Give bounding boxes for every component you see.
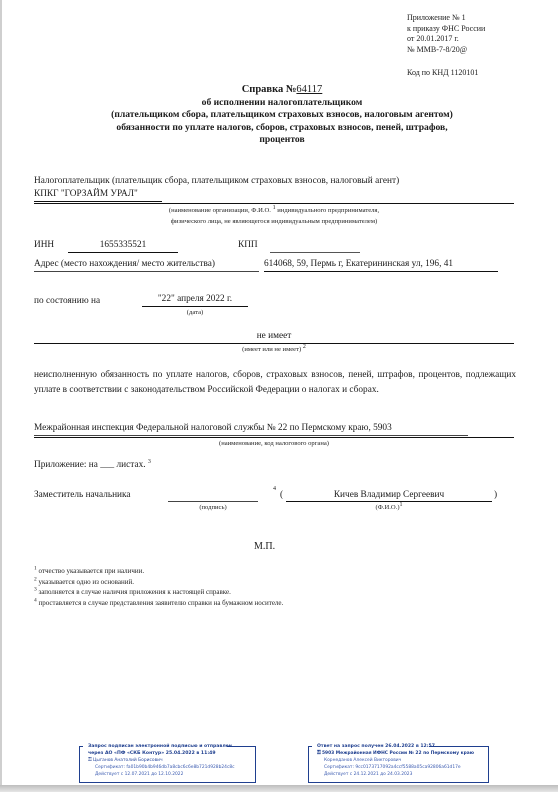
status-hint: (имеет или не имеет) 2 <box>34 346 514 353</box>
stamp-validity: Действует с 12.07.2021 до 12.10.2022 <box>88 771 251 778</box>
stamp-border <box>227 746 256 747</box>
footnotes: 1 отчество указывается при наличии. 2 ук… <box>34 566 283 608</box>
footnote-number: 4 <box>34 597 37 603</box>
footnote-item: 2 указывается одно из оснований. <box>34 577 283 588</box>
close-paren: ) <box>494 490 497 500</box>
authority-name-underline <box>34 435 468 436</box>
appendix-line: к приказу ФНС России <box>407 24 485 35</box>
inn-value: 1655335521 <box>68 240 178 250</box>
signatory-name: Кичев Владимир Сергеевич <box>286 490 492 500</box>
document-title: Справка №64117 об исполнении налогоплате… <box>42 84 522 147</box>
footnote-ref: 2 <box>303 344 306 350</box>
authority-hint: (наименование, код налогового органа) <box>34 440 514 447</box>
stamp-heading: через АО «ПФ «СКБ Контур» 25.04.2022 в 1… <box>88 750 251 757</box>
open-paren: ( <box>280 490 283 500</box>
hint-text: (имеет или не имеет) <box>242 346 301 353</box>
footnote-text: заполняется в случае наличия приложения … <box>39 588 231 596</box>
title-line: обязанности по уплате налогов, сборов, с… <box>42 122 522 135</box>
title-line: (плательщиком сбора, плательщиком страхо… <box>42 109 522 122</box>
as-of-hint: (дата) <box>142 309 248 316</box>
kpp-underline <box>270 252 360 253</box>
appendix-line: от 20.01.2017 г. <box>407 34 485 45</box>
stamp-certificate: Сертификат: 9cc0173717092a4ccf5588a05ca9… <box>317 764 484 771</box>
status-underline <box>34 343 514 344</box>
footnote-ref: 4 <box>273 486 276 492</box>
signature-line <box>168 501 258 502</box>
attachment-suffix: листах. <box>117 460 146 470</box>
address-value: 614068, 59, Пермь г, Екатерининская ул, … <box>264 259 453 269</box>
footnote-text: указывается одно из оснований. <box>39 578 134 586</box>
taxpayer-label: Налогоплательщик (плательщик сбора, плат… <box>34 176 399 186</box>
footnote-item: 1 отчество указывается при наличии. <box>34 566 283 577</box>
as-of-label: по состоянию на <box>34 296 100 306</box>
address-label: Адрес (место нахождения/ место жительств… <box>34 259 215 269</box>
obligation-status: не имеет <box>34 331 514 341</box>
signer-name: Цыганов Анатолий Борисович <box>93 758 163 763</box>
signatory-name-hint: (Ф.И.О.)1 <box>286 504 492 511</box>
stamp-signer: Корнеданов Алексей Викторович <box>317 757 484 764</box>
attachment-line: Приложение: на ___ листах. 3 <box>34 460 151 470</box>
e-signature-stamp-request: Запрос подписан электронной подписью и о… <box>79 746 256 783</box>
taxpayer-hint-2: физического лица, не являющегося индивид… <box>34 218 514 225</box>
hint-text: (Ф.И.О.) <box>375 504 399 511</box>
taxpayer-name-underline <box>34 201 162 202</box>
title-line: об исполнении налогоплательщиком <box>42 97 522 110</box>
tax-authority: Межрайонная инспекция Федеральной налого… <box>34 423 392 433</box>
attachment-prefix: Приложение: на <box>34 460 98 470</box>
footnote-ref: 1 <box>273 205 276 211</box>
document-page: Приложение № 1 к приказу ФНС России от 2… <box>0 0 558 785</box>
footnote-item: 3 заполняется в случае наличия приложени… <box>34 587 283 598</box>
as-of-date: "22" апреля 2022 г. <box>142 294 248 304</box>
attachment-pages-blank: ___ <box>100 460 114 470</box>
footnote-number: 2 <box>34 576 37 582</box>
footnote-ref: 3 <box>148 459 151 465</box>
footnote-text: отчество указывается при наличии. <box>39 567 145 575</box>
knd-code: Код по КНД 1120101 <box>407 68 478 77</box>
stamp-certificate: Сертификат: fa01b90b4b946db7a8cbc6c6e8b7… <box>88 764 251 771</box>
appendix-note: Приложение № 1 к приказу ФНС России от 2… <box>407 13 485 55</box>
title-line: процентов <box>42 134 522 147</box>
inn-underline <box>68 252 178 253</box>
page-shadow-bar <box>0 785 558 792</box>
stamp-validity: Действует с 24.12.2021 до 24.03.2023 <box>317 771 484 778</box>
appendix-line: № ММВ-7-8/20@ <box>407 45 485 56</box>
appendix-line: Приложение № 1 <box>407 13 485 24</box>
e-signature-stamp-response: Ответ на запрос получен 26.04.2022 в 12:… <box>308 746 489 783</box>
org-name: 5903 Межрайонная ИФНС России № 22 по Пер… <box>322 751 474 756</box>
signatory-name-underline <box>286 501 492 502</box>
taxpayer-hint: (наименование организации, Ф.И.О. 1 инди… <box>34 207 514 214</box>
stamp-border <box>429 746 489 747</box>
address-underline <box>264 271 498 272</box>
seal-placeholder: М.П. <box>254 541 275 552</box>
footnote-number: 1 <box>34 566 37 572</box>
footnote-number: 3 <box>34 587 37 593</box>
footnote-ref: 1 <box>400 502 403 508</box>
taxpayer-name: КПКГ "ГОРЗАЙМ УРАЛ" <box>34 189 138 199</box>
stamp-org: ⚿5903 Межрайонная ИФНС России № 22 по Пе… <box>317 750 484 757</box>
address-label-underline <box>34 271 259 272</box>
stamp-border <box>79 746 83 747</box>
hint-text: (наименование организации, Ф.И.О. <box>169 207 271 214</box>
footnote-item: 4 проставляется в случае представления з… <box>34 598 283 609</box>
stamp-signer: ⚿Цыганов Анатолий Борисович <box>88 757 251 764</box>
inn-label: ИНН <box>34 240 54 250</box>
kpp-label: КПП <box>238 240 258 250</box>
authority-line <box>34 437 514 438</box>
signatory-position: Заместитель начальника <box>34 490 131 500</box>
footnote-text: проставляется в случае представления зая… <box>39 599 284 607</box>
title-label: Справка № <box>242 84 297 95</box>
certificate-number: 64117 <box>296 84 322 95</box>
signature-hint: (подпись) <box>168 504 258 511</box>
as-of-underline <box>142 306 248 307</box>
body-paragraph: неисполненную обязанность по уплате нало… <box>34 368 516 397</box>
stamp-border <box>308 746 312 747</box>
hint-text: индивидуального предпринимателя, <box>277 207 379 214</box>
